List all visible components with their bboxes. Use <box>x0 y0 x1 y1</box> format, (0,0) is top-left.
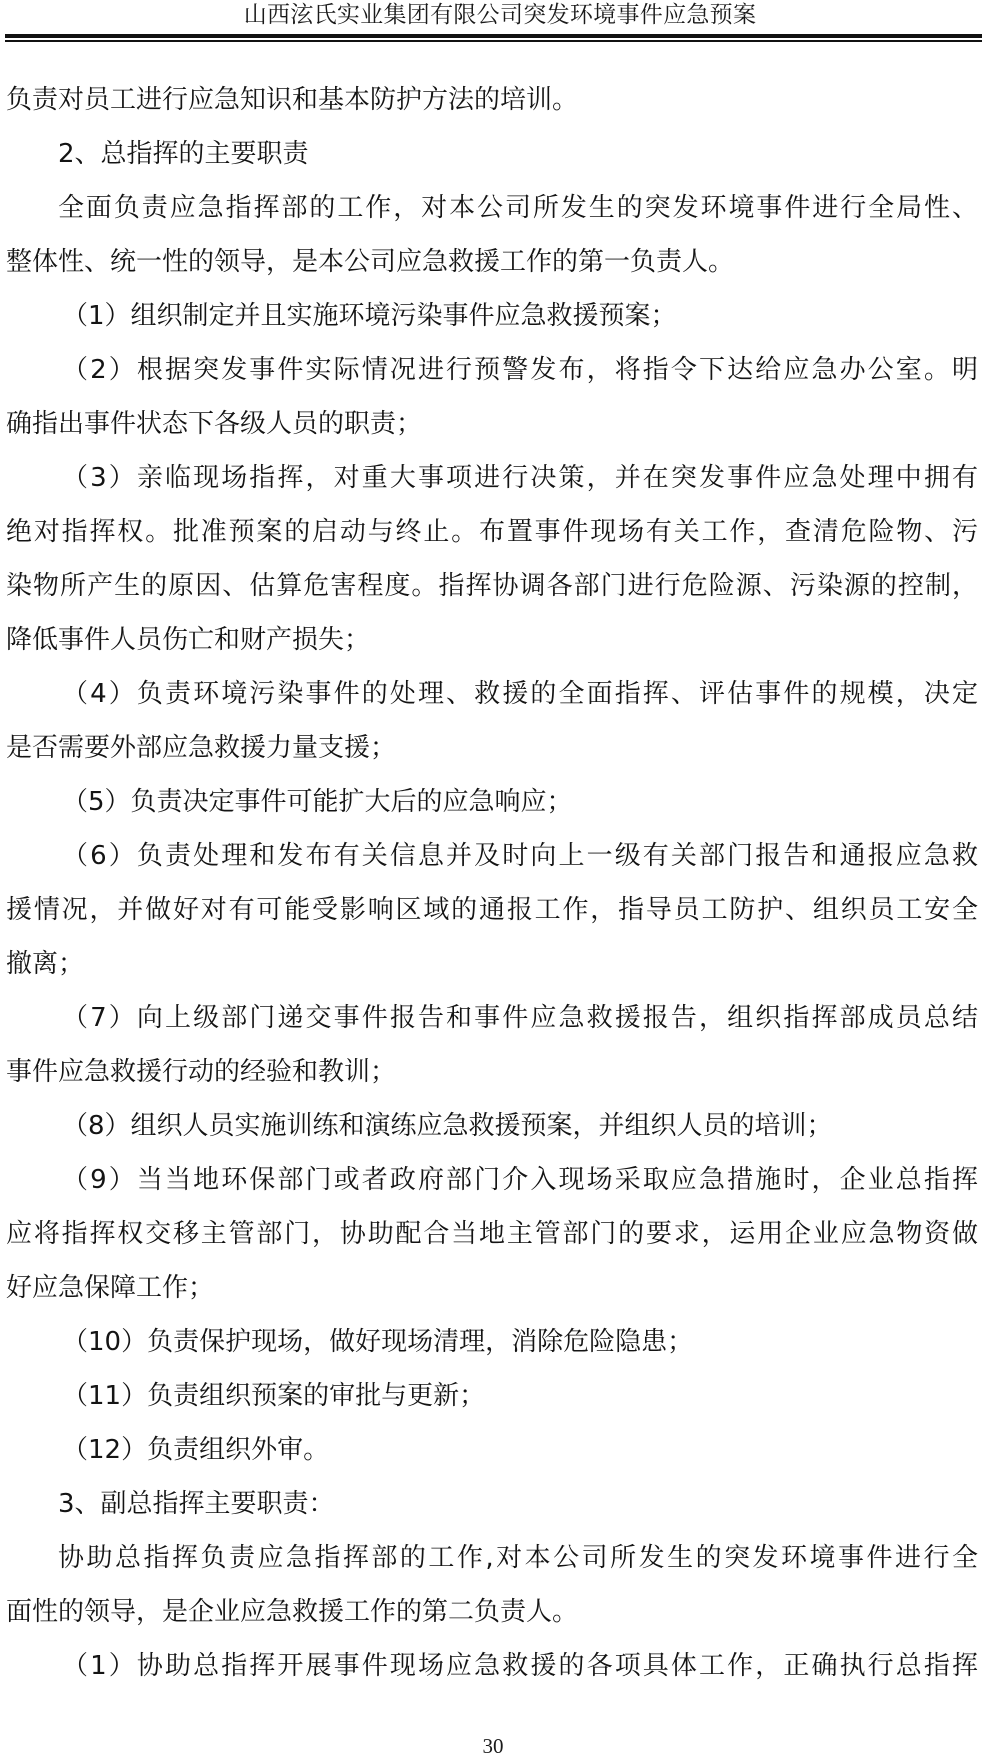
text-line: 撤离； <box>6 946 978 982</box>
text-line: 全面负责应急指挥部的工作，对本公司所发生的突发环境事件进行全局性、 <box>58 190 978 226</box>
page-header: 山西泫氏实业集团有限公司突发环境事件应急预案 <box>0 0 1000 44</box>
text-line: 绝对指挥权。批准预案的启动与终止。布置事件现场有关工作，查清危险物、污 <box>6 514 978 550</box>
list-item: （3）亲临现场指挥，对重大事项进行决策，并在突发事件应急处理中拥有 <box>62 460 978 496</box>
section-heading: 2、总指挥的主要职责 <box>58 136 978 172</box>
list-item: （1）组织制定并且实施环境污染事件应急救援预案； <box>62 298 978 334</box>
document-header-title: 山西泫氏实业集团有限公司突发环境事件应急预案 <box>0 1 1000 29</box>
text-line: 确指出事件状态下各级人员的职责； <box>6 406 978 442</box>
text-line: 协助总指挥负责应急指挥部的工作,对本公司所发生的突发环境事件进行全 <box>58 1540 978 1576</box>
section-heading: 3、副总指挥主要职责： <box>58 1486 978 1522</box>
list-item: （8）组织人员实施训练和演练应急救援预案，并组织人员的培训； <box>62 1108 978 1144</box>
text-line: 整体性、统一性的领导，是本公司应急救援工作的第一负责人。 <box>6 244 978 280</box>
header-rule-thick <box>5 34 982 38</box>
text-line: 好应急保障工作； <box>6 1270 978 1306</box>
text-line: 面性的领导，是企业应急救援工作的第二负责人。 <box>6 1594 978 1630</box>
text-line: 染物所产生的原因、估算危害程度。指挥协调各部门进行危险源、污染源的控制， <box>6 568 978 604</box>
list-item: （5）负责决定事件可能扩大后的应急响应； <box>62 784 978 820</box>
list-item: （4）负责环境污染事件的处理、救援的全面指挥、评估事件的规模，决定 <box>62 676 978 712</box>
header-rule-thin <box>5 40 982 42</box>
list-item: （9）当当地环保部门或者政府部门介入现场采取应急措施时，企业总指挥 <box>62 1162 978 1198</box>
text-line: 援情况，并做好对有可能受影响区域的通报工作，指导员工防护、组织员工安全 <box>6 892 978 928</box>
text-line: 降低事件人员伤亡和财产损失； <box>6 622 978 658</box>
list-item: （6）负责处理和发布有关信息并及时向上一级有关部门报告和通报应急救 <box>62 838 978 874</box>
list-item: （10）负责保护现场，做好现场清理，消除危险隐患； <box>62 1324 978 1360</box>
text-line: 应将指挥权交移主管部门，协助配合当地主管部门的要求，运用企业应急物资做 <box>6 1216 978 1252</box>
text-line: 事件应急救援行动的经验和教训； <box>6 1054 978 1090</box>
list-item: （12）负责组织外审。 <box>62 1432 978 1468</box>
text-line: 负责对员工进行应急知识和基本防护方法的培训。 <box>6 82 978 118</box>
list-item: （7）向上级部门递交事件报告和事件应急救援报告，组织指挥部成员总结 <box>62 1000 978 1036</box>
list-item: （2）根据突发事件实际情况进行预警发布，将指令下达给应急办公室。明 <box>62 352 978 388</box>
list-item: （11）负责组织预案的审批与更新； <box>62 1378 978 1414</box>
list-item: （1）协助总指挥开展事件现场应急救援的各项具体工作，正确执行总指挥 <box>62 1648 978 1684</box>
page-number: 30 <box>0 1733 986 1759</box>
text-line: 是否需要外部应急救援力量支援； <box>6 730 978 766</box>
